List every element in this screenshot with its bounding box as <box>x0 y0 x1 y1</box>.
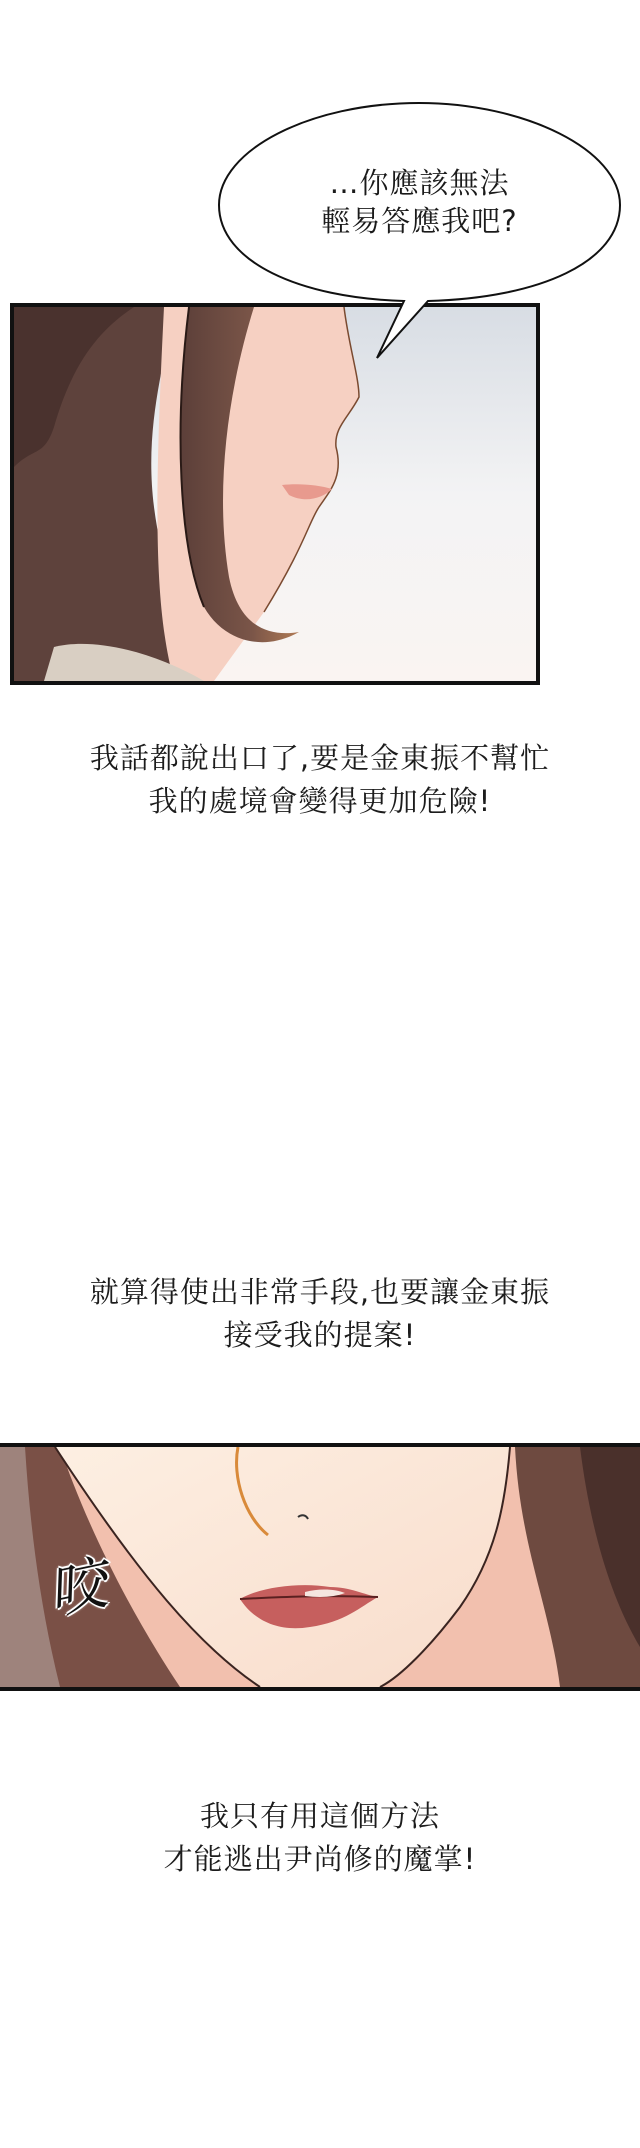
speech-line-1: …你應該無法 <box>219 164 620 202</box>
profile-illustration <box>14 307 536 681</box>
narration-text-1: 我話都說出口了,要是金東振不幫忙 我的處境會變得更加危險! <box>0 737 640 823</box>
narration-2-line-2: 接受我的提案! <box>0 1314 640 1357</box>
comic-panel-profile <box>10 303 540 685</box>
narration-text-2: 就算得使出非常手段,也要讓金東振 接受我的提案! <box>0 1271 640 1357</box>
narration-1-line-1: 我話都說出口了,要是金東振不幫忙 <box>0 737 640 780</box>
narration-text-3: 我只有用這個方法 才能逃出尹尚修的魔掌! <box>0 1795 640 1881</box>
narration-3-line-1: 我只有用這個方法 <box>0 1795 640 1838</box>
narration-1-line-2: 我的處境會變得更加危險! <box>0 780 640 823</box>
speech-bubble-text: …你應該無法 輕易答應我吧? <box>219 164 620 240</box>
speech-line-2: 輕易答應我吧? <box>219 202 620 240</box>
narration-3-line-2: 才能逃出尹尚修的魔掌! <box>0 1838 640 1881</box>
narration-2-line-1: 就算得使出非常手段,也要讓金東振 <box>0 1271 640 1314</box>
